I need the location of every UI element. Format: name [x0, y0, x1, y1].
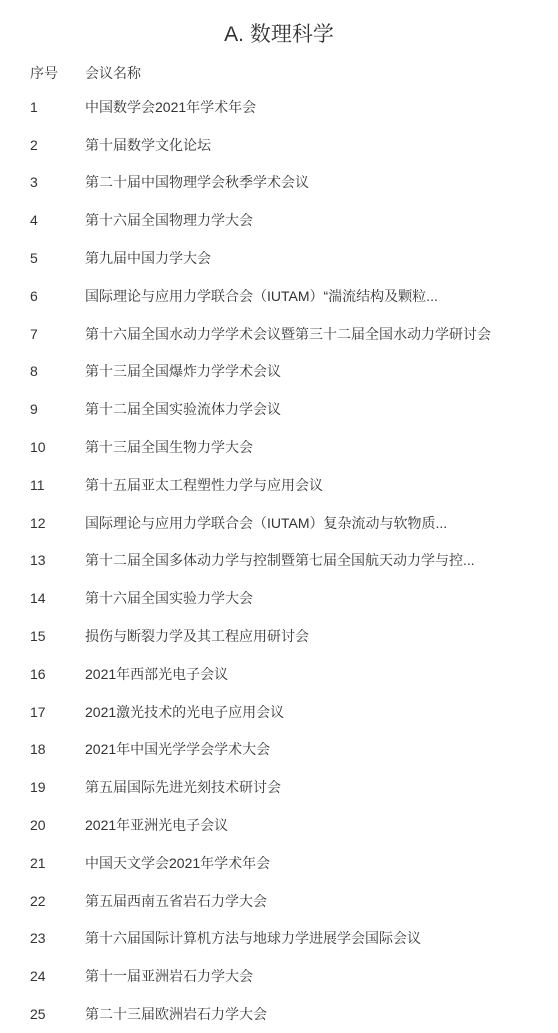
row-index: 20 — [0, 817, 85, 833]
table-row: 19 第五届国际先进光刻技术研讨会 — [0, 768, 558, 806]
table-row: 22 第五届西南五省岩石力学大会 — [0, 882, 558, 920]
row-index: 7 — [0, 326, 85, 342]
row-index: 14 — [0, 590, 85, 606]
table-row: 9 第十二届全国实验流体力学会议 — [0, 390, 558, 428]
table-row: 14 第十六届全国实验力学大会 — [0, 579, 558, 617]
row-index: 16 — [0, 666, 85, 682]
conference-name: 第十一届亚洲岩石力学大会 — [85, 966, 558, 986]
table-row: 15 损伤与断裂力学及其工程应用研讨会 — [0, 617, 558, 655]
row-index: 15 — [0, 628, 85, 644]
table-row: 6 国际理论与应用力学联合会（IUTAM）“湍流结构及颗粒... — [0, 277, 558, 315]
table-row: 4 第十六届全国物理力学大会 — [0, 201, 558, 239]
column-header-index: 序号 — [0, 63, 85, 83]
table-row: 3 第二十届中国物理学会秋季学术会议 — [0, 164, 558, 202]
conference-name: 第十五届亚太工程塑性力学与应用会议 — [85, 475, 558, 495]
page-title: A. 数理科学 — [0, 21, 558, 49]
conference-table: 序号 会议名称 1 中国数学会2021年学术年会 2 第十届数学文化论坛 3 第… — [0, 58, 558, 1033]
row-index: 25 — [0, 1006, 85, 1022]
table-row: 18 2021年中国光学学会学术大会 — [0, 731, 558, 769]
row-index: 24 — [0, 968, 85, 984]
conference-name: 中国天文学会2021年学术年会 — [85, 853, 558, 873]
row-index: 13 — [0, 552, 85, 568]
row-index: 21 — [0, 855, 85, 871]
conference-name: 第二十届中国物理学会秋季学术会议 — [85, 172, 558, 192]
row-index: 8 — [0, 363, 85, 379]
conference-name: 第九届中国力学大会 — [85, 248, 558, 268]
table-row: 24 第十一届亚洲岩石力学大会 — [0, 957, 558, 995]
row-index: 6 — [0, 288, 85, 304]
conference-name: 第十六届全国水动力学学术会议暨第三十二届全国水动力学研讨会 — [85, 324, 558, 344]
table-row: 10 第十三届全国生物力学大会 — [0, 428, 558, 466]
table-row: 2 第十届数学文化论坛 — [0, 126, 558, 164]
row-index: 2 — [0, 137, 85, 153]
conference-name: 国际理论与应用力学联合会（IUTAM）复杂流动与软物质... — [85, 513, 558, 533]
conference-name: 第二十三届欧洲岩石力学大会 — [85, 1004, 558, 1024]
table-row: 25 第二十三届欧洲岩石力学大会 — [0, 995, 558, 1033]
conference-name: 国际理论与应用力学联合会（IUTAM）“湍流结构及颗粒... — [85, 286, 558, 306]
conference-name: 第十三届全国生物力学大会 — [85, 437, 558, 457]
table-header-row: 序号 会议名称 — [0, 58, 558, 88]
table-row: 5 第九届中国力学大会 — [0, 239, 558, 277]
conference-name: 第十二届全国多体动力学与控制暨第七届全国航天动力学与控... — [85, 550, 558, 570]
table-row: 16 2021年西部光电子会议 — [0, 655, 558, 693]
conference-name: 损伤与断裂力学及其工程应用研讨会 — [85, 626, 558, 646]
page: A. 数理科学 序号 会议名称 1 中国数学会2021年学术年会 2 第十届数学… — [0, 0, 558, 1033]
conference-name: 第五届国际先进光刻技术研讨会 — [85, 777, 558, 797]
table-row: 17 2021激光技术的光电子应用会议 — [0, 693, 558, 731]
row-index: 10 — [0, 439, 85, 455]
table-row: 7 第十六届全国水动力学学术会议暨第三十二届全国水动力学研讨会 — [0, 315, 558, 353]
conference-name: 第十届数学文化论坛 — [85, 135, 558, 155]
row-index: 23 — [0, 930, 85, 946]
row-index: 11 — [0, 477, 85, 493]
table-row: 1 中国数学会2021年学术年会 — [0, 88, 558, 126]
conference-name: 中国数学会2021年学术年会 — [85, 97, 558, 117]
conference-name: 第十六届全国物理力学大会 — [85, 210, 558, 230]
row-index: 5 — [0, 250, 85, 266]
row-index: 22 — [0, 893, 85, 909]
row-index: 3 — [0, 174, 85, 190]
column-header-name: 会议名称 — [85, 63, 558, 83]
conference-name: 第十六届国际计算机方法与地球力学进展学会国际会议 — [85, 928, 558, 948]
row-index: 18 — [0, 741, 85, 757]
conference-name: 2021年中国光学学会学术大会 — [85, 739, 558, 759]
conference-name: 第十二届全国实验流体力学会议 — [85, 399, 558, 419]
conference-name: 第十六届全国实验力学大会 — [85, 588, 558, 608]
table-row: 21 中国天文学会2021年学术年会 — [0, 844, 558, 882]
conference-name: 2021年亚洲光电子会议 — [85, 815, 558, 835]
table-row: 23 第十六届国际计算机方法与地球力学进展学会国际会议 — [0, 920, 558, 958]
table-row: 12 国际理论与应用力学联合会（IUTAM）复杂流动与软物质... — [0, 504, 558, 542]
row-index: 12 — [0, 515, 85, 531]
table-row: 20 2021年亚洲光电子会议 — [0, 806, 558, 844]
row-index: 17 — [0, 704, 85, 720]
row-index: 1 — [0, 99, 85, 115]
conference-name: 2021年西部光电子会议 — [85, 664, 558, 684]
row-index: 9 — [0, 401, 85, 417]
row-index: 4 — [0, 212, 85, 228]
conference-name: 2021激光技术的光电子应用会议 — [85, 702, 558, 722]
conference-name: 第五届西南五省岩石力学大会 — [85, 891, 558, 911]
table-row: 11 第十五届亚太工程塑性力学与应用会议 — [0, 466, 558, 504]
table-row: 8 第十三届全国爆炸力学学术会议 — [0, 353, 558, 391]
table-row: 13 第十二届全国多体动力学与控制暨第七届全国航天动力学与控... — [0, 542, 558, 580]
conference-name: 第十三届全国爆炸力学学术会议 — [85, 361, 558, 381]
row-index: 19 — [0, 779, 85, 795]
